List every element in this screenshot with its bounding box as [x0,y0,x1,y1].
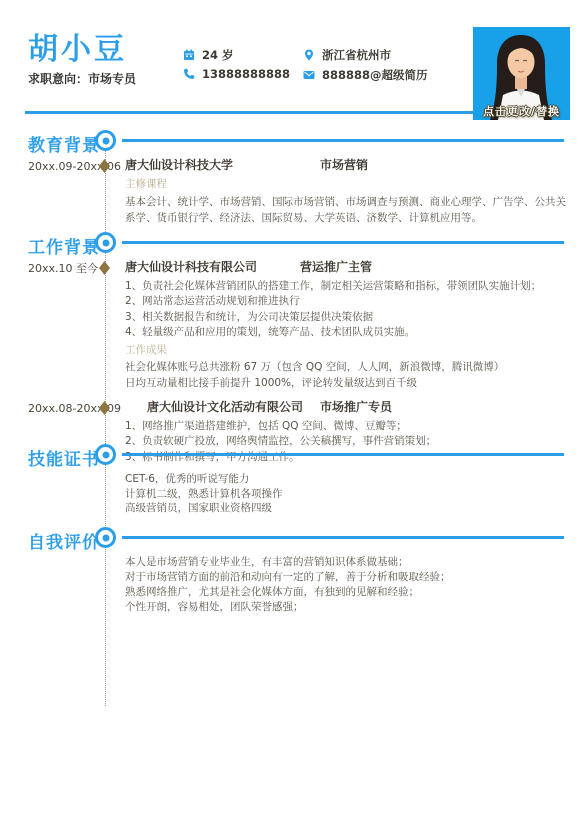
work-entry-1: 20xx.10 至今 唐大仙设计科技有限公司 营运推广主管 1、负责社会化媒体营… [125,260,566,391]
timeline-node-icon [95,232,116,253]
job-intent: 求职意向：市场专员 [28,70,136,87]
section-skills: 技能证书 CET-6，优秀的听说写能力 计算机二级，熟悉计算机各项操作 高级营销… [0,444,580,516]
work-2-company: 唐大仙设计文化活动有限公司 [125,400,320,416]
age-value: 24 岁 [202,47,234,63]
education-entry: 20xx.09-20xx.06 唐大仙设计科技大学 市场营销 主修课程 基本会计… [125,158,566,226]
skill-item: 计算机二级，熟悉计算机各项操作 [125,487,566,502]
work-1-bullet: 4、轻量级产品和应用的策划，统筹产品、技术团队成员实施。 [125,325,566,341]
self-eval-item: 对于市场营销方面的前沿和动向有一定的了解，善于分析和吸取经验； [125,570,566,585]
work-1-result: 日均互动量相比接手前提升 1000%，评论转发量级达到百千级 [125,376,566,392]
age-row: 24 岁 [183,47,290,63]
work-1-bullet: 3、相关数据报告和统计，为公司决策层提供决策依据 [125,310,566,326]
calendar-icon [183,49,195,61]
phone-icon [183,68,195,80]
timeline-node-icon [95,527,116,548]
work-2-role: 市场推广专员 [320,400,392,416]
section-education: 教育背景 20xx.09-20xx.06 唐大仙设计科技大学 市场营销 主修课程… [0,130,580,226]
header-divider [25,111,473,114]
timeline-node-icon [95,444,116,465]
skill-item: CET-6，优秀的听说写能力 [125,472,566,487]
work-results-label: 工作成果 [125,343,566,359]
skills-list: CET-6，优秀的听说写能力 计算机二级，熟悉计算机各项操作 高级营销员，国家职… [125,472,566,516]
email-row: 888888@超级简历 [303,67,428,83]
section-title-self-eval: 自我评价 [28,528,100,553]
resume-page: 胡小豆 求职意向：市场专员 24 岁 13888888888 浙江省杭州市 [0,0,580,820]
section-title-skills: 技能证书 [28,445,100,470]
contact-column-1: 24 岁 13888888888 [183,47,290,81]
location-row: 浙江省杭州市 [303,47,428,63]
timeline-node-icon [95,130,116,151]
self-eval-item: 个性开朗，容易相处，团队荣誉感强； [125,600,566,615]
courses-text: 基本会计、统计学、市场营销、国际市场营销、市场调查与预测、商业心理学、广告学、公… [125,194,566,226]
work-2-bullet: 1、网络推广渠道搭建维护，包括 QQ 空间、微博、豆瓣等； [125,419,566,435]
phone-value: 13888888888 [202,67,290,81]
section-title-education: 教育背景 [28,131,100,156]
candidate-name: 胡小豆 [28,24,127,68]
email-value: 888888@超级简历 [322,67,428,83]
self-eval-item: 熟悉网络推广，尤其是社会化媒体方面，有独到的见解和经验； [125,585,566,600]
courses-label: 主修课程 [125,177,566,193]
school-name: 唐大仙设计科技大学 [125,158,320,174]
major-name: 市场营销 [320,158,368,174]
photo-replace-button[interactable]: 点击更改/替换 [473,103,570,119]
section-rule [122,536,564,539]
self-eval-item: 本人是市场营销专业毕业生，有丰富的营销知识体系做基础； [125,555,566,570]
contact-column-2: 浙江省杭州市 888888@超级简历 [303,47,428,83]
skill-item: 高级营销员，国家职业资格四级 [125,501,566,516]
self-eval-list: 本人是市场营销专业毕业生，有丰富的营销知识体系做基础； 对于市场营销方面的前沿和… [125,555,566,615]
section-rule [122,241,564,244]
section-rule [122,139,564,142]
section-self-eval: 自我评价 本人是市场营销专业毕业生，有丰富的营销知识体系做基础； 对于市场营销方… [0,527,580,615]
envelope-icon [303,69,315,81]
work-1-bullet: 1、负责社会化媒体营销团队的搭建工作，制定相关运营策略和指标，带领团队实施计划； [125,279,566,295]
location-pin-icon [303,49,315,61]
work-1-role: 营运推广主管 [300,260,372,276]
location-value: 浙江省杭州市 [322,47,391,63]
section-title-work: 工作背景 [28,233,100,258]
phone-row: 13888888888 [183,67,290,81]
section-work: 工作背景 20xx.10 至今 唐大仙设计科技有限公司 营运推广主管 1、负责社… [0,232,580,465]
section-rule [122,453,564,456]
work-1-result: 社会化媒体账号总共涨粉 67 万（包含 QQ 空间，人人网，新浪微博，腾讯微博） [125,360,566,376]
profile-photo[interactable]: 点击更改/替换 [473,27,570,120]
work-1-bullet: 2、网站常态运营活动规划和推进执行 [125,294,566,310]
work-1-company: 唐大仙设计科技有限公司 [125,260,300,276]
